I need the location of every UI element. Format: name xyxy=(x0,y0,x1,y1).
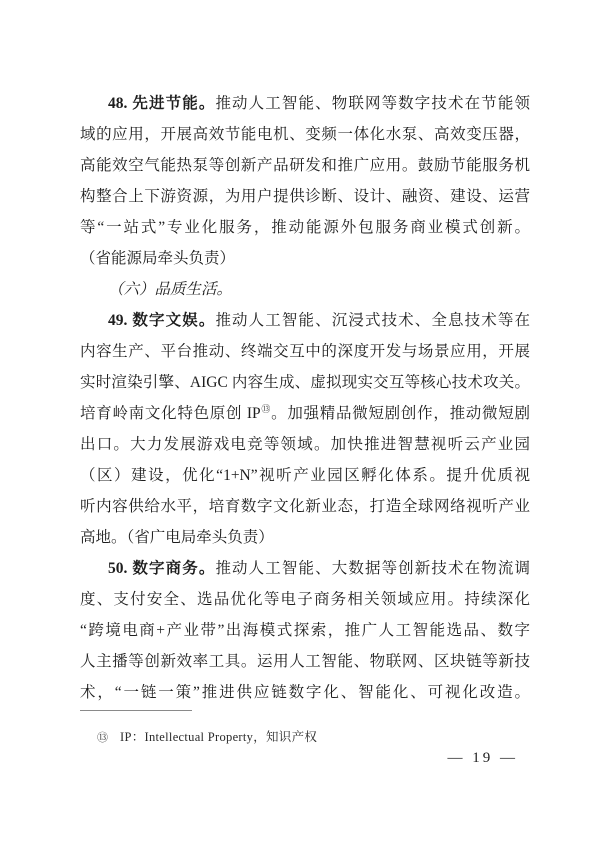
item-number-title: 48. 先进节能。 xyxy=(108,95,215,112)
footnote-separator xyxy=(80,710,192,711)
paragraph-line: 域的应用，开展高效节能电机、变频一体化水泵、高效变压器， xyxy=(80,119,530,150)
body-text: 48. 先进节能。推动人工智能、物联网等数字技术在节能领 域的应用，开展高效节能… xyxy=(80,88,530,708)
line-text: 度、支付安全、选品优化等电子商务相关领域应用。持续深化 xyxy=(80,591,530,608)
line-text: 推动人工智能、沉浸式技术、全息技术等在 xyxy=(215,312,530,329)
paragraph-line: 出口。大力发展游戏电竞等领域。加快推进智慧视听云产业园 xyxy=(80,429,530,460)
line-text: 高能效空气能热泵等创新产品研发和推广应用。鼓励节能服务机 xyxy=(80,157,530,174)
line-text: 听内容供给水平，培育数字文化新业态，打造全球网络视听产业 xyxy=(80,498,530,515)
item-number-title: 50. 数字商务。 xyxy=(108,560,215,577)
paragraph-line: 50. 数字商务。推动人工智能、大数据等创新技术在物流调 xyxy=(80,553,530,584)
footnote: ⑬IP：Intellectual Property，知识产权 xyxy=(97,727,517,748)
line-text: 。加强精品微短剧创作，推动微短剧 xyxy=(271,405,530,422)
line-text: 培育岭南文化特色原创 IP xyxy=(80,405,261,422)
line-text: 高地。（省广电局牵头负责） xyxy=(80,529,274,546)
paragraph-line: 度、支付安全、选品优化等电子商务相关领域应用。持续深化 xyxy=(80,584,530,615)
paragraph-line: 实时渲染引擎、AIGC 内容生成、虚拟现实交互等核心技术攻关。 xyxy=(80,367,530,398)
paragraph-line: 术，“一链一策”推进供应链数字化、智能化、可视化改造。 xyxy=(80,677,530,708)
paragraph-line: “跨境电商+产业带”出海模式探索，推广人工智能选品、数字 xyxy=(80,615,530,646)
line-text: （六）品质生活。 xyxy=(108,281,232,298)
line-text: 构整合上下游资源，为用户提供诊断、设计、融资、建设、运营 xyxy=(80,188,530,205)
paragraph-line: 49. 数字文娱。推动人工智能、沉浸式技术、全息技术等在 xyxy=(80,305,530,336)
line-text: 人主播等创新效率工具。运用人工智能、物联网、区块链等新技 xyxy=(80,653,530,670)
responsible-agency-line: （省能源局牵头负责） xyxy=(80,243,530,274)
paragraph-line: 听内容供给水平，培育数字文化新业态，打造全球网络视听产业 xyxy=(80,491,530,522)
paragraph-line: （区）建设，优化“1+N”视听产业园区孵化体系。提升优质视 xyxy=(80,460,530,491)
paragraph-line: 培育岭南文化特色原创 IP⑬。加强精品微短剧创作，推动微短剧 xyxy=(80,398,530,429)
paragraph-line: 构整合上下游资源，为用户提供诊断、设计、融资、建设、运营 xyxy=(80,181,530,212)
line-text: 域的应用，开展高效节能电机、变频一体化水泵、高效变压器， xyxy=(80,126,530,143)
line-text: “跨境电商+产业带”出海模式探索，推广人工智能选品、数字 xyxy=(80,622,530,639)
line-text: （区）建设，优化“1+N”视听产业园区孵化体系。提升优质视 xyxy=(80,467,530,484)
subsection-heading: （六）品质生活。 xyxy=(80,274,530,305)
responsible-agency-line: 高地。（省广电局牵头负责） xyxy=(80,522,530,553)
footnote-reference: ⑬ xyxy=(261,404,271,414)
line-text: 实时渲染引擎、AIGC 内容生成、虚拟现实交互等核心技术攻关。 xyxy=(80,374,530,391)
item-number-title: 49. 数字文娱。 xyxy=(108,312,215,329)
paragraph-line: 内容生产、平台推动、终端交互中的深度开发与场景应用，开展 xyxy=(80,336,530,367)
footnote-marker: ⑬ xyxy=(97,732,108,744)
line-text: 等“一站式”专业化服务，推动能源外包服务商业模式创新。 xyxy=(80,219,530,236)
page-number: — 19 — xyxy=(448,750,519,767)
line-text: 出口。大力发展游戏电竞等领域。加快推进智慧视听云产业园 xyxy=(80,436,530,453)
paragraph-line: 48. 先进节能。推动人工智能、物联网等数字技术在节能领 xyxy=(80,88,530,119)
document-page: 48. 先进节能。推动人工智能、物联网等数字技术在节能领 域的应用，开展高效节能… xyxy=(0,0,600,848)
line-text: 推动人工智能、物联网等数字技术在节能领 xyxy=(215,95,530,112)
paragraph-line: 等“一站式”专业化服务，推动能源外包服务商业模式创新。 xyxy=(80,212,530,243)
paragraph-line: 人主播等创新效率工具。运用人工智能、物联网、区块链等新技 xyxy=(80,646,530,677)
paragraph-line: 高能效空气能热泵等创新产品研发和推广应用。鼓励节能服务机 xyxy=(80,150,530,181)
line-text: 术，“一链一策”推进供应链数字化、智能化、可视化改造。 xyxy=(80,684,530,701)
footnote-text: IP：Intellectual Property，知识产权 xyxy=(120,730,317,744)
line-text: 内容生产、平台推动、终端交互中的深度开发与场景应用，开展 xyxy=(80,343,530,360)
line-text: 推动人工智能、大数据等创新技术在物流调 xyxy=(215,560,530,577)
line-text: （省能源局牵头负责） xyxy=(80,250,235,267)
